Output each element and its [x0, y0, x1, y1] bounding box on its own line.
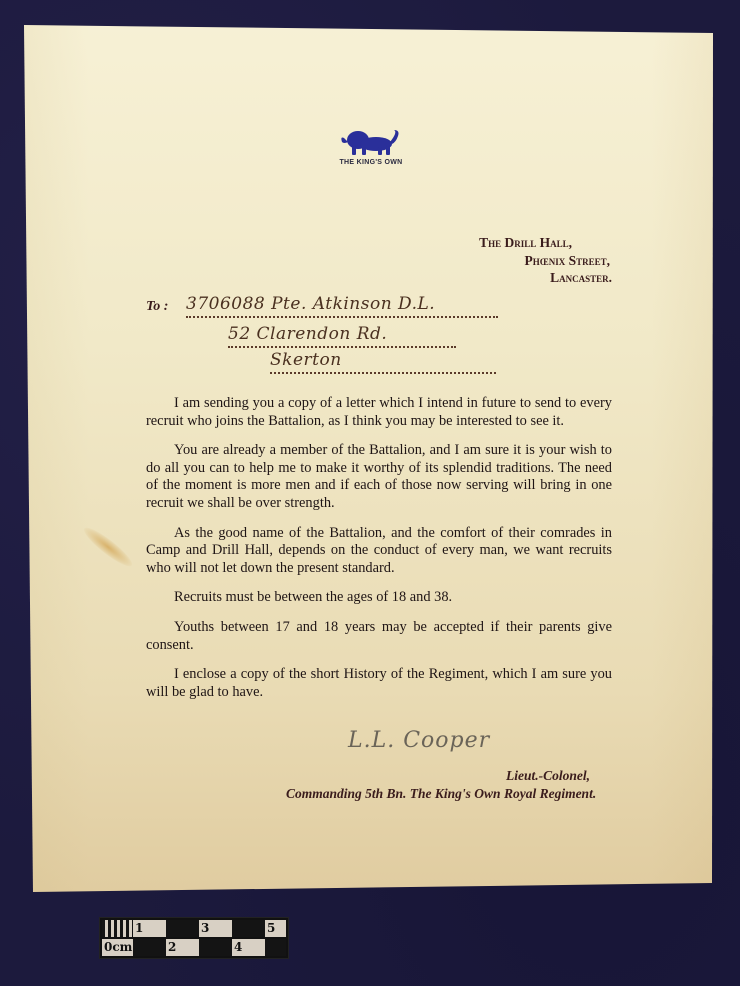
- sender-address: The Drill Hall, Phœnix Street, Lancaster…: [479, 234, 612, 287]
- recipient-town-line: Skerton: [270, 350, 496, 374]
- scale-cell: [133, 939, 166, 956]
- signature: L.L. Cooper: [348, 728, 490, 753]
- paragraph: Youths between 17 and 18 years may be ac…: [146, 619, 612, 654]
- letter-body: I am sending you a copy of a letter whic…: [146, 395, 612, 713]
- scale-cell: 3: [199, 920, 232, 937]
- signatory-command: Commanding 5th Bn. The King's Own Royal …: [286, 786, 596, 802]
- recipient-street-line: 52 Clarendon Rd.: [228, 324, 456, 348]
- recipient-label: To :: [146, 299, 168, 315]
- regimental-crest: THE KING'S OWN: [336, 128, 406, 166]
- address-line-2: Phœnix Street,: [479, 252, 610, 270]
- scale-bar: 1 3 5 0cm 2 4: [99, 917, 289, 959]
- scale-ticks: [102, 920, 132, 937]
- scale-cell: [199, 939, 232, 956]
- paragraph: You are already a member of the Battalio…: [146, 442, 612, 512]
- paragraph: Recruits must be between the ages of 18 …: [146, 589, 612, 607]
- scale-cell: 5: [265, 920, 286, 937]
- paragraph: I enclose a copy of the short History of…: [146, 666, 612, 701]
- scale-cell: [265, 939, 286, 956]
- address-line-3: Lancaster.: [479, 269, 612, 287]
- recipient-name-line: 3706088 Pte. Atkinson D.L.: [186, 294, 498, 318]
- scale-cell: [166, 920, 199, 937]
- address-line-1: The Drill Hall,: [479, 234, 572, 252]
- scale-cell: [232, 920, 265, 937]
- scale-cell: 1: [133, 920, 166, 937]
- scale-cell: 0cm: [102, 939, 133, 956]
- crest-label: THE KING'S OWN: [336, 159, 406, 166]
- scale-cell: 4: [232, 939, 265, 956]
- lion-passant-icon: [338, 128, 404, 158]
- scale-cell: 2: [166, 939, 199, 956]
- signatory-rank: Lieut.-Colonel,: [506, 768, 590, 784]
- paragraph: I am sending you a copy of a letter whic…: [146, 395, 612, 430]
- paragraph: As the good name of the Battalion, and t…: [146, 525, 612, 578]
